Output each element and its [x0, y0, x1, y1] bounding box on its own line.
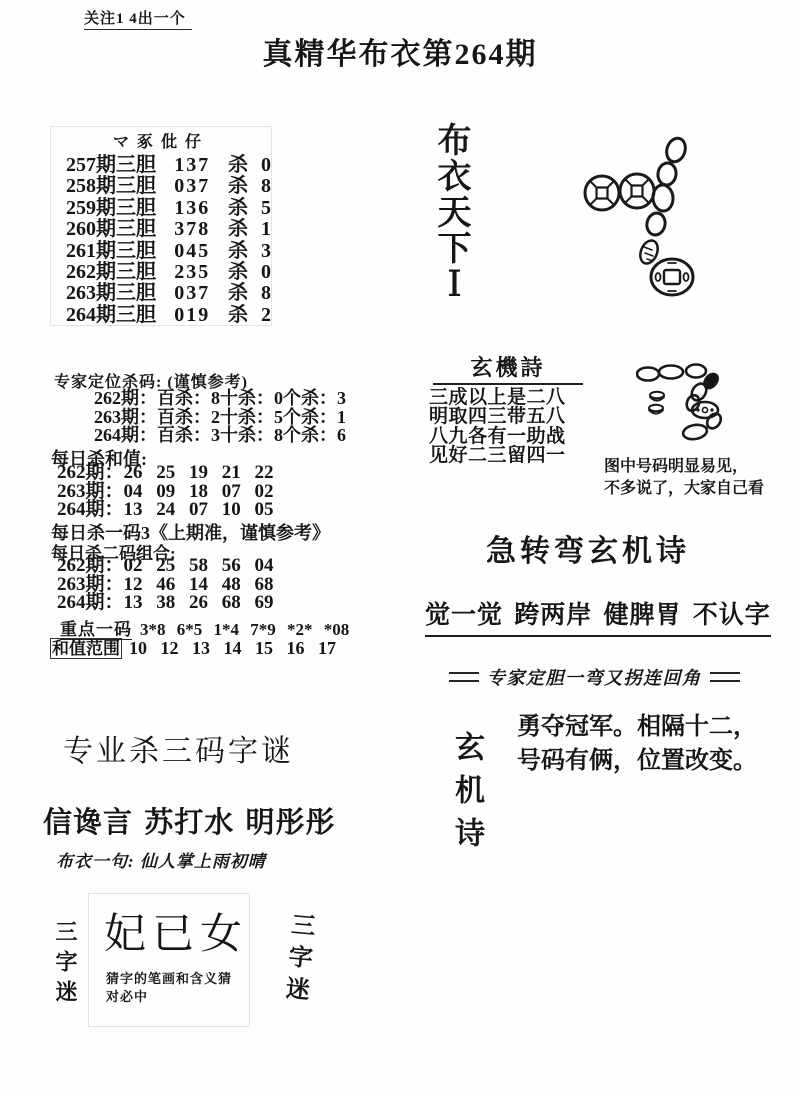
dan-numbers: 378 — [174, 219, 222, 240]
three-char-note-line: 猜字的笔画和含义猜 — [106, 970, 232, 988]
expert-dan-note: 专家定胆一弯又拐连回角 — [449, 664, 740, 690]
riddle-words: 信谗言 苏打水 明彤彤 — [43, 800, 336, 841]
kill-label: 杀 — [222, 241, 261, 262]
kill-label: 杀 — [222, 219, 261, 240]
position-kill-line: 264期：百杀：3十杀：8个杀：6 — [94, 426, 346, 445]
xuanji-poem-line: 八九各有一助战 — [429, 427, 587, 446]
table-row: 258期三胆037杀8 — [51, 176, 271, 197]
table-row: 263期三胆037杀8 — [51, 283, 271, 304]
dan-numbers: 235 — [174, 262, 222, 283]
dan-table-rows: 257期三胆137杀0 258期三胆037杀8 259期三胆136杀5 260期… — [51, 155, 271, 326]
xuanji-poem-line: 三成以上是二八 — [429, 388, 587, 407]
xuanji-poem-line: 明取四三带五八 — [429, 407, 587, 426]
xuanji-poem: 玄機詩 三成以上是二八 明取四三带五八 八九各有一助战 见好二三留四一 — [429, 351, 587, 466]
period-label: 264期三胆 — [51, 305, 174, 326]
dan-numbers: 137 — [174, 155, 222, 176]
three-char-note-line: 对必中 — [106, 988, 232, 1006]
xuanji-poem-line: 见好二三留四一 — [429, 446, 587, 465]
kill-label: 杀 — [222, 283, 261, 304]
three-char-label-left: 三字迷 — [50, 920, 81, 1010]
kill-value: 2 — [261, 305, 271, 326]
dan-table-header: マ豖仳仔 — [51, 129, 271, 152]
lottery-tip-sheet: 关注1 4出一个 真精华布衣第264期 マ豖仳仔 257期三胆137杀0 258… — [0, 0, 800, 1096]
dan-numbers: 037 — [174, 176, 222, 197]
table-row: 264期三胆019杀2 — [51, 305, 271, 326]
mystic-poem-lines: 勇夺冠军。相隔十二， 号码有俩，位置改变。 — [517, 710, 757, 778]
daily-sum-line: 262期：26 25 19 21 22 — [57, 464, 274, 483]
kill-value: 0 — [261, 262, 271, 283]
period-label: 261期三胆 — [51, 241, 174, 262]
double-line-decoration — [449, 672, 479, 682]
daily-sum-line: 264期：13 24 07 10 05 — [57, 501, 274, 520]
mystic-poem-line: 勇夺冠军。相隔十二， — [517, 710, 757, 744]
kill-value: 0 — [261, 155, 271, 176]
table-row: 260期三胆378杀1 — [51, 219, 271, 240]
kill-three-code-title: 专业杀三码字谜 — [63, 726, 294, 770]
three-char-main: 妃已女 — [104, 901, 248, 961]
period-label: 263期三胆 — [51, 283, 174, 304]
double-line-decoration — [710, 672, 740, 682]
kill-value: 5 — [261, 198, 271, 219]
daily-two-kill-lines: 262期：02 25 58 56 04 263期：12 46 14 48 68 … — [57, 557, 274, 613]
period-label: 260期三胆 — [51, 219, 174, 240]
top-note: 关注1 4出一个 — [84, 7, 192, 30]
period-label: 258期三胆 — [51, 176, 174, 197]
doodle-note: 图中号码明显易见， 不多说了，大家自己看 — [604, 456, 764, 500]
mystic-poem-line: 号码有俩，位置改变。 — [517, 744, 757, 778]
doodle-note-line: 图中号码明显易见， — [604, 456, 764, 478]
kill-value: 3 — [261, 241, 271, 262]
sum-range-value: 10 12 13 14 15 16 17 — [129, 638, 336, 658]
expert-dan-text: 专家定胆一弯又拐连回角 — [487, 664, 702, 690]
sum-range: 和值范围10 12 13 14 15 16 17 — [50, 634, 336, 659]
kill-value: 8 — [261, 283, 271, 304]
sum-range-label: 和值范围 — [50, 638, 122, 659]
buyi-sentence: 布衣一句: 仙人掌上雨初晴 — [56, 847, 266, 872]
period-label: 262期三胆 — [51, 262, 174, 283]
dan-numbers: 136 — [174, 198, 222, 219]
daily-two-line: 262期：02 25 58 56 04 — [57, 557, 274, 576]
position-kill-line: 262期：百杀：8十杀：0个杀：3 — [94, 389, 346, 408]
kill-value: 1 — [261, 219, 271, 240]
dan-numbers: 045 — [174, 241, 222, 262]
xuanji-poem-title: 玄機詩 — [433, 351, 583, 385]
number-doodle-drawing — [636, 358, 740, 446]
table-row: 257期三胆137杀0 — [51, 155, 271, 176]
kill-label: 杀 — [222, 305, 261, 326]
period-label: 257期三胆 — [51, 155, 174, 176]
position-kill-lines: 262期：百杀：8十杀：0个杀：3 263期：百杀：2十杀：5个杀：1 264期… — [94, 389, 346, 445]
table-row: 262期三胆235杀0 — [51, 262, 271, 283]
kill-label: 杀 — [222, 155, 261, 176]
sharp-turn-riddle: 觉一觉 跨两岸 健脾胃 不认字 — [425, 595, 771, 637]
three-char-label-right: 三字迷 — [276, 911, 319, 1010]
table-row: 261期三胆045杀3 — [51, 241, 271, 262]
position-kill-line: 263期：百杀：2十杀：5个杀：1 — [94, 408, 346, 427]
kill-value: 8 — [261, 176, 271, 197]
mystic-poem-vertical-label: 玄机诗 — [444, 731, 488, 860]
daily-two-line: 264期：13 38 26 68 69 — [57, 594, 274, 613]
doodle-note-line: 不多说了，大家自己看 — [604, 478, 764, 500]
dan-numbers: 019 — [174, 305, 222, 326]
dan-history-table: マ豖仳仔 257期三胆137杀0 258期三胆037杀8 259期三胆136杀5… — [50, 126, 272, 326]
dan-numbers: 037 — [174, 283, 222, 304]
daily-sum-kill-lines: 262期：26 25 19 21 22 263期：04 09 18 07 02 … — [57, 464, 274, 520]
kill-label: 杀 — [222, 262, 261, 283]
page-title: 真精华布衣第264期 — [0, 29, 800, 73]
table-row: 259期三胆136杀5 — [51, 198, 271, 219]
xuanji-poem-lines: 三成以上是二八 明取四三带五八 八九各有一助战 见好二三留四一 — [429, 388, 587, 466]
kill-label: 杀 — [222, 176, 261, 197]
period-label: 259期三胆 — [51, 198, 174, 219]
buyi-tianxia-vertical-title: 布衣天下Ｉ — [432, 122, 468, 302]
sharp-turn-title: 急转弯玄机诗 — [486, 526, 690, 570]
three-char-note: 猜字的笔画和含义猜 对必中 — [106, 970, 232, 1006]
coin-chain-drawing — [572, 126, 702, 308]
kill-label: 杀 — [222, 198, 261, 219]
